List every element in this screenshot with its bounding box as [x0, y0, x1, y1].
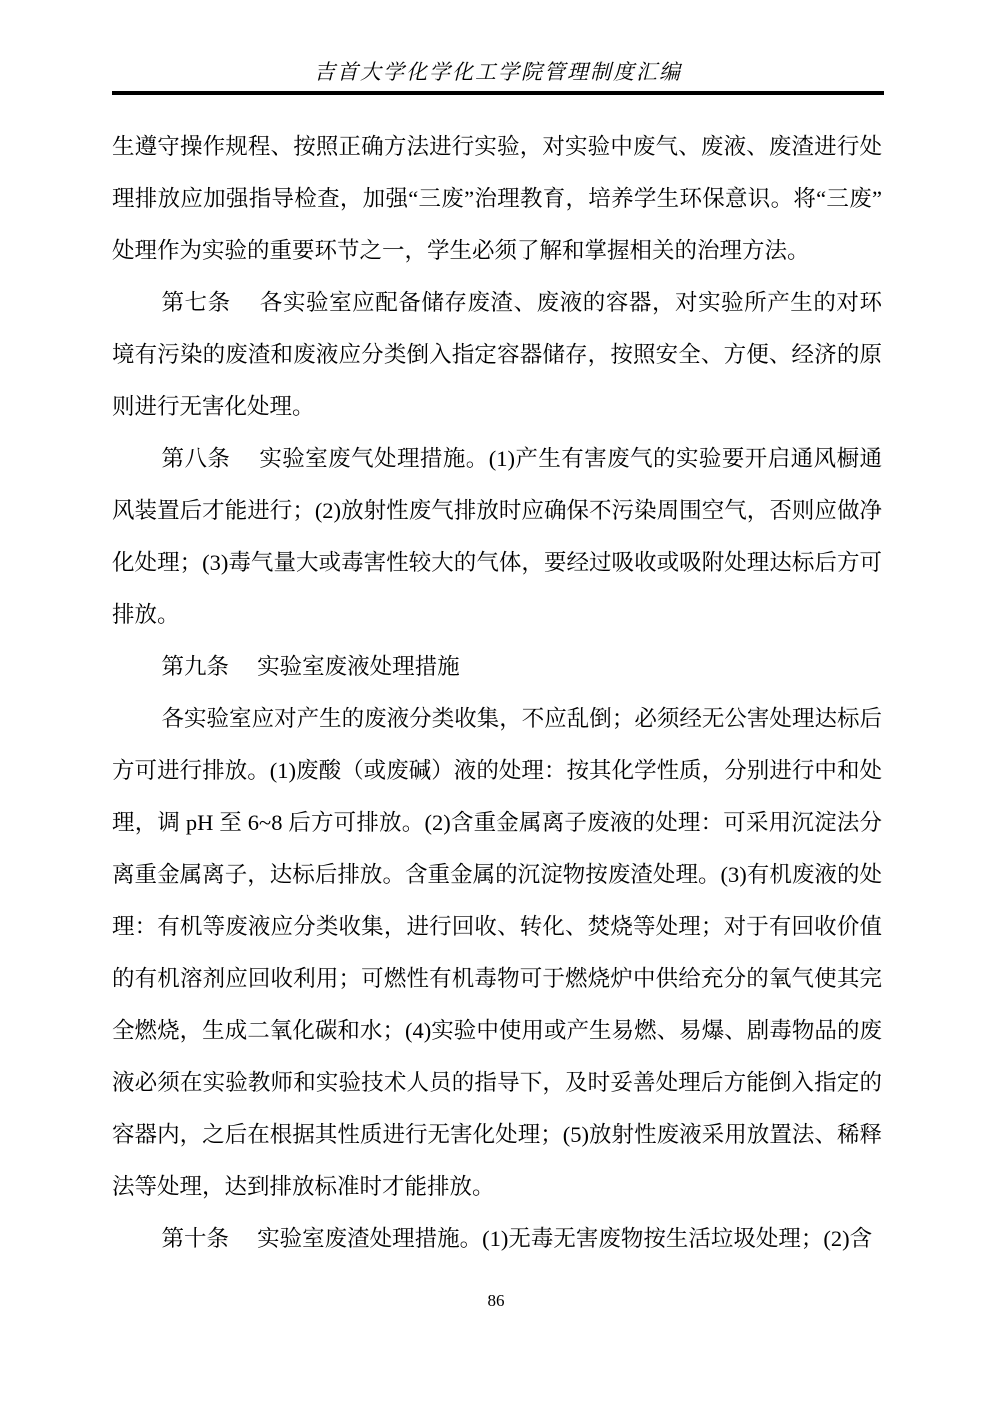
page-header: 吉首大学化学化工学院管理制度汇编	[112, 58, 884, 95]
page-number: 86	[488, 1291, 505, 1310]
paragraph-article-9-heading: 第九条 实验室废液处理措施	[112, 641, 882, 693]
paragraph-article-9-body: 各实验室应对产生的废液分类收集，不应乱倒；必须经无公害处理达标后方可进行排放。(…	[112, 693, 882, 1213]
paragraph-article-7: 第七条 各实验室应配备储存废渣、废液的容器，对实验所产生的对环境有污染的废渣和废…	[112, 277, 882, 433]
document-page: 吉首大学化学化工学院管理制度汇编 生遵守操作规程、按照正确方法进行实验，对实验中…	[0, 0, 992, 1403]
page-footer: 86	[0, 1290, 992, 1312]
document-body: 生遵守操作规程、按照正确方法进行实验，对实验中废气、废液、废渣进行处理排放应加强…	[112, 121, 882, 1265]
header-rule-divider	[112, 91, 884, 95]
header-title: 吉首大学化学化工学院管理制度汇编	[112, 58, 884, 86]
paragraph-article-10: 第十条 实验室废渣处理措施。(1)无毒无害废物按生活垃圾处理；(2)含	[112, 1213, 882, 1265]
paragraph-article-8: 第八条 实验室废气处理措施。(1)产生有害废气的实验要开启通风橱通风装置后才能进…	[112, 433, 882, 641]
paragraph-continuation: 生遵守操作规程、按照正确方法进行实验，对实验中废气、废液、废渣进行处理排放应加强…	[112, 121, 882, 277]
